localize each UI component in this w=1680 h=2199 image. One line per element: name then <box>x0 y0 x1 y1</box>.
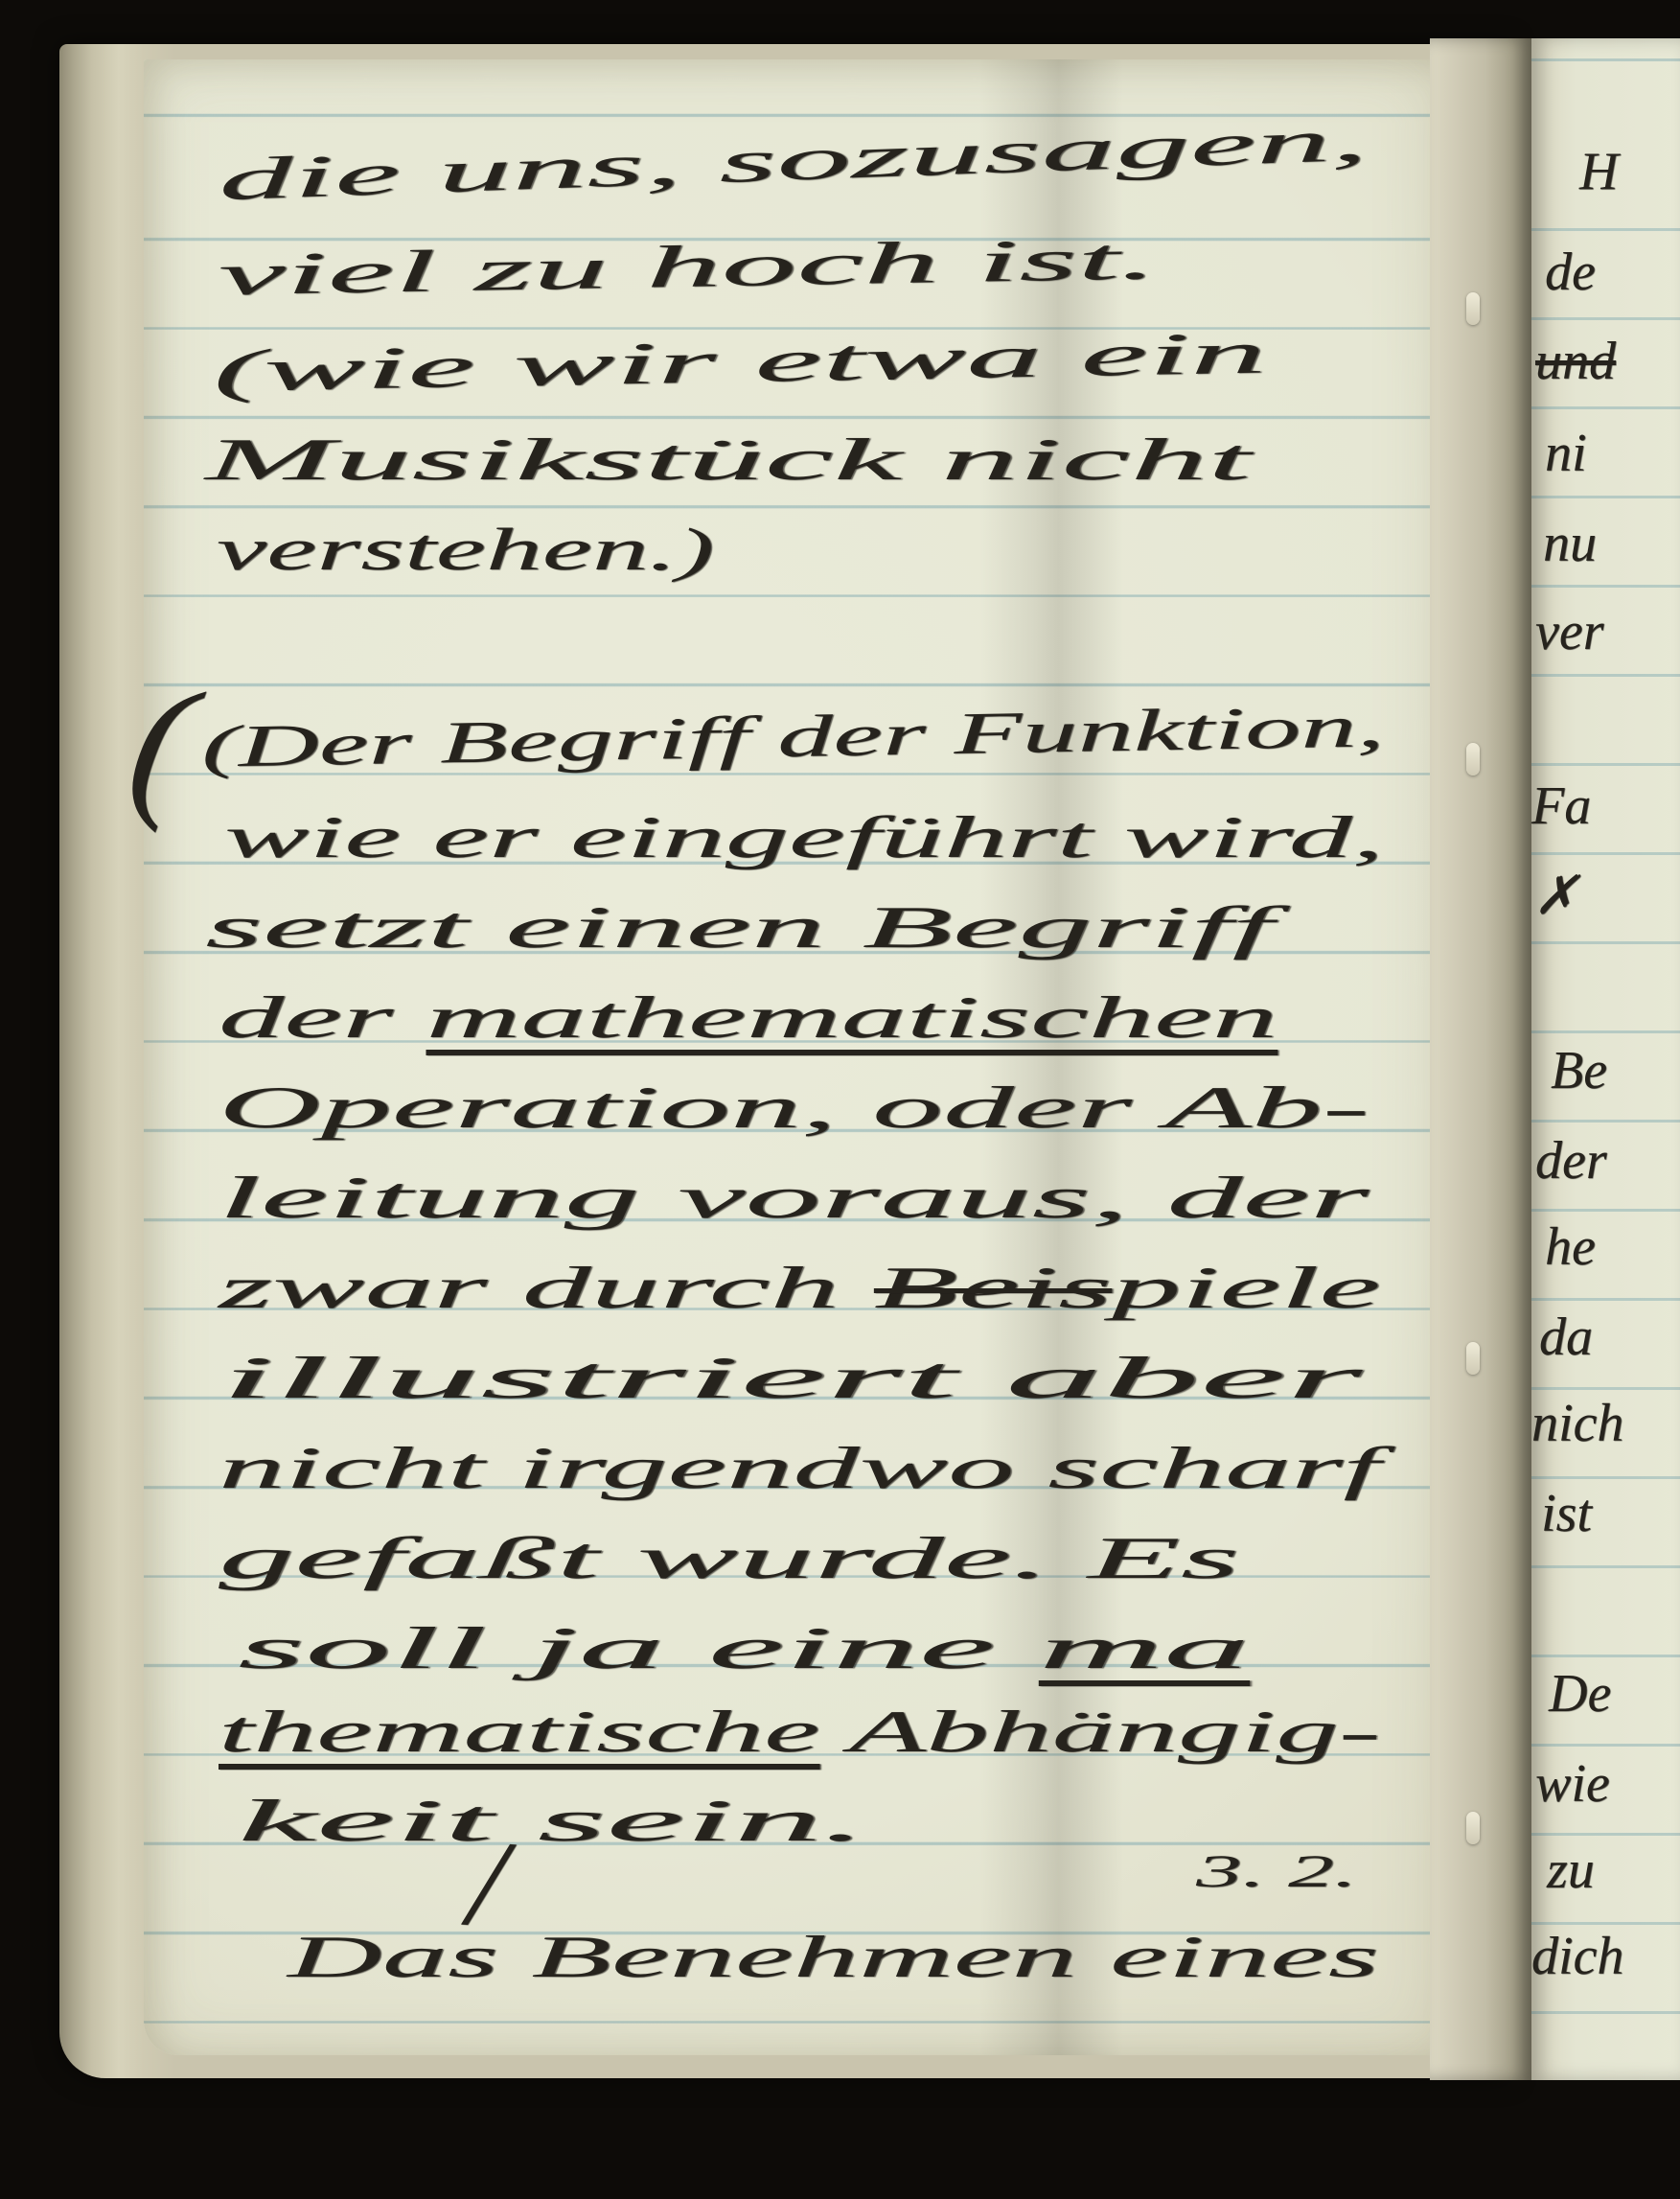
notebook-photo: die uns, sozusagen,viel zu hoch ist.(wie… <box>0 0 1680 2199</box>
stitch-thread <box>1466 743 1480 775</box>
page-right <box>1531 38 1680 2080</box>
page-left <box>144 59 1438 2055</box>
binding-gutter <box>1430 38 1531 2080</box>
stitch-thread <box>1466 292 1480 325</box>
page-crease <box>979 59 1123 2055</box>
stitch-thread <box>1466 1812 1480 1844</box>
stitch-thread <box>1466 1342 1480 1375</box>
